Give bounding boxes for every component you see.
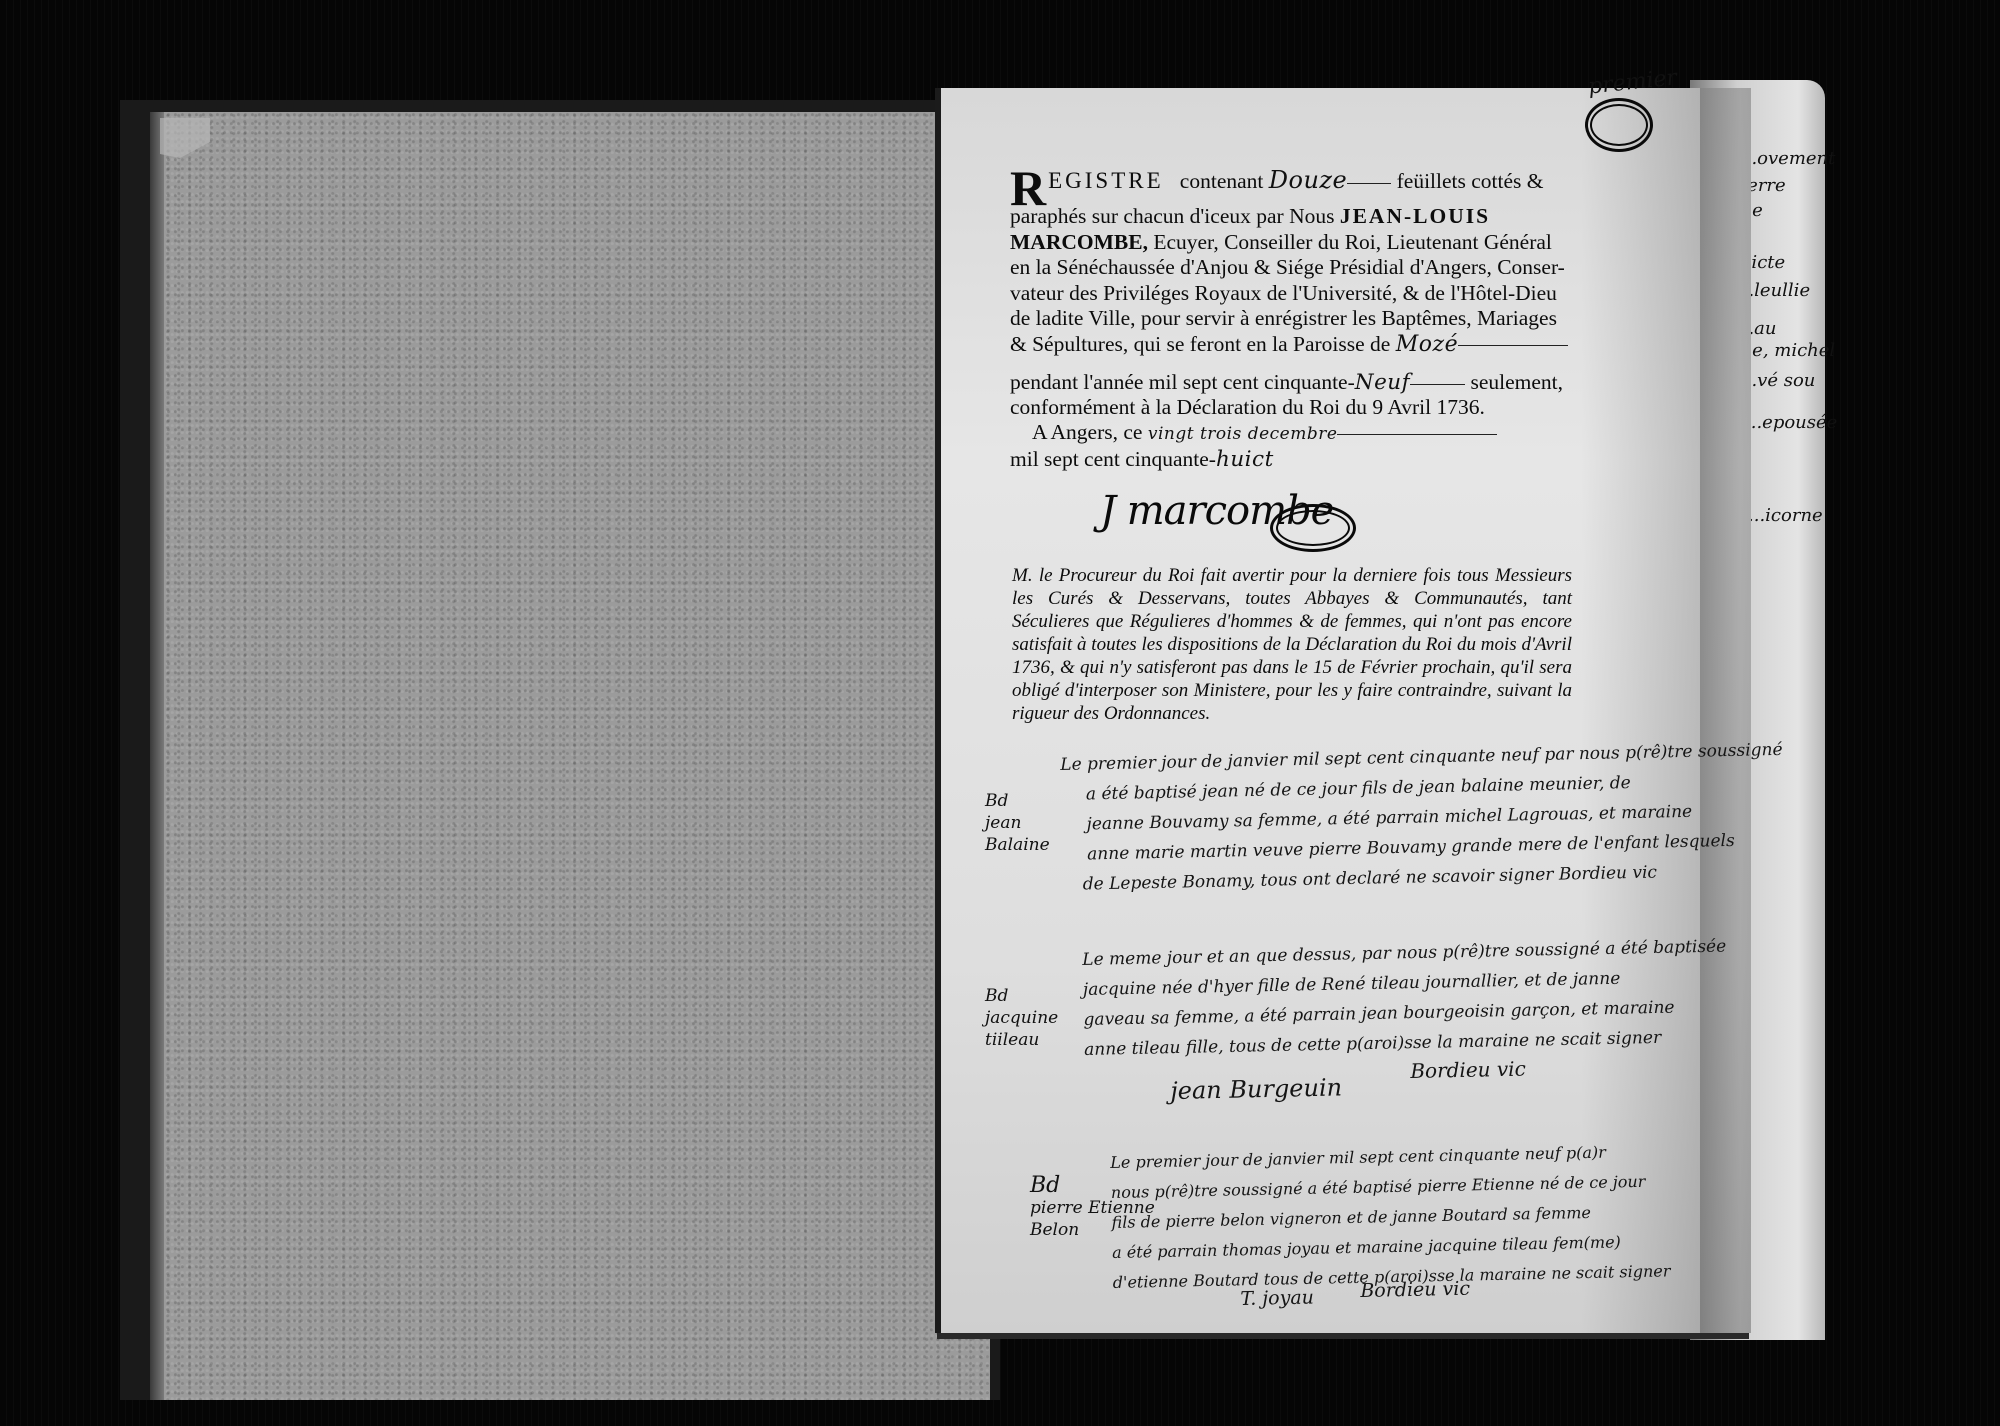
header-text: contenant (1180, 169, 1264, 193)
handwritten-leaf-count: Douze (1269, 166, 1348, 194)
header-text: Ecuyer, Conseiller du Roi, Lieutenant Gé… (1153, 230, 1552, 254)
baptism-entry-2: Le meme jour et an que dessus, par nous … (1082, 932, 1728, 1065)
register-date-block: pendant l'année mil sept cent cinquante-… (1010, 370, 1570, 472)
margin-firstname: jacquine (985, 1007, 1058, 1029)
officer-name: JEAN-LOUIS (1340, 204, 1490, 228)
header-text: de ladite Ville, pour servir à enrégistr… (1010, 306, 1565, 332)
fill-line (1347, 183, 1391, 184)
header-text: en la Sénéchaussée d'Anjou & Siége Prési… (1010, 255, 1565, 281)
dropcap: R (1010, 168, 1046, 208)
handwritten-year: huict (1216, 447, 1274, 472)
register-cover-board (160, 112, 990, 1400)
fill-line (1410, 384, 1465, 385)
page-fold-shadow (1700, 88, 1740, 1333)
paraph-flourish-icon (1590, 104, 1648, 146)
baptism-entry-1: Le premier jour de janvier mil sept cent… (1060, 735, 1785, 900)
date-text: A Angers, ce (1032, 420, 1142, 444)
margin-firstname: jean (985, 812, 1050, 834)
procureur-notice: M. le Procureur du Roi fait avertir pour… (1012, 564, 1572, 725)
signature-flourish-icon (1276, 510, 1350, 546)
under-page-fragment: ...icorne (1748, 505, 1823, 526)
entry-2-margin: Bd jacquine tiileau (985, 985, 1058, 1051)
margin-surname: tiileau (985, 1029, 1058, 1051)
godfather-signature: jean Burgeuin (1170, 1072, 1342, 1106)
entry-1-margin: Bd jean Balaine (985, 790, 1050, 856)
header-text: vateur des Priviléges Royaux de l'Univer… (1010, 281, 1565, 307)
cover-spine-edge (150, 112, 164, 1400)
date-text: seulement, (1470, 370, 1563, 394)
declaration-text: conformément à la Déclaration du Roi du … (1010, 395, 1570, 420)
handwritten-parish: Mozé (1396, 332, 1458, 357)
vicar-signature: Bordieu vic (1360, 1274, 1470, 1306)
date-text: mil sept cent cinquante- (1010, 447, 1216, 471)
header-text: paraphés sur chacun d'iceux par Nous (1010, 204, 1334, 228)
under-page-fragment: ...vé sou (1740, 370, 1815, 391)
baptism-entry-3: Le premier jour de janvier mil sept cent… (1110, 1136, 1671, 1298)
handwritten-year: Neuf (1355, 370, 1410, 395)
vicar-signature: Bordieu vic (1410, 1054, 1526, 1086)
under-page-fragment: ...epousée (1745, 412, 1837, 433)
godfather-signature: T. joyau (1240, 1282, 1314, 1314)
header-text: & Sépultures, qui se feront en la Parois… (1010, 332, 1390, 356)
register-header: REGISTRE contenant Douze feüillets cotté… (1010, 168, 1565, 357)
date-text: pendant l'année mil sept cent cinquante- (1010, 370, 1355, 394)
under-page-fragment: ...ovement (1740, 148, 1835, 169)
officer-surname: MARCOMBE, (1010, 230, 1148, 254)
handwritten-day: vingt trois decembre (1148, 424, 1338, 444)
margin-surname: Balaine (985, 834, 1050, 856)
fill-line (1337, 434, 1497, 435)
header-text: feüillets cottés & (1397, 169, 1544, 193)
margin-code: Bd (985, 790, 1050, 812)
margin-code: Bd (985, 985, 1058, 1007)
fill-line (1458, 345, 1568, 346)
header-title: EGISTRE (1048, 168, 1164, 193)
